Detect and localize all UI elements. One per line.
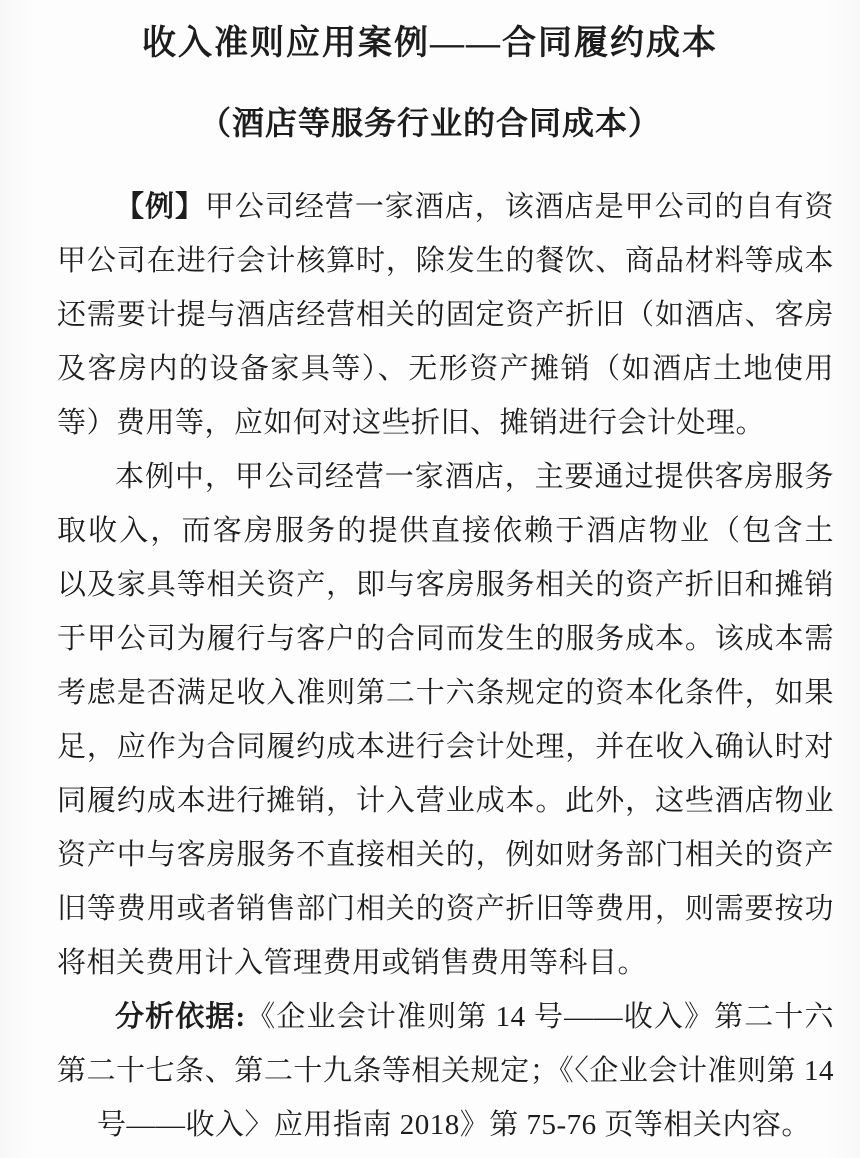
paragraph-lead: 分析依据: (115, 1001, 246, 1033)
text-line: 旧等费用或者销售部门相关的资产折旧等费用，则需要按功能 (57, 882, 834, 936)
text-line: 还需要计提与酒店经营相关的固定资产折旧（如酒店、客房以 (57, 288, 834, 342)
text-line: 资产中与客房服务不直接相关的，例如财务部门相关的资产折 (57, 828, 834, 882)
text-line: 分析依据:《企业会计准则第 14 号——收入》第二十六条、 (57, 990, 834, 1044)
text-line: 将相关费用计入管理费用或销售费用等科目。 (57, 936, 834, 990)
paragraph: 分析依据:《企业会计准则第 14 号——收入》第二十六条、第二十七条、第二十九条… (57, 990, 834, 1152)
text-line: 同履约成本进行摊销，计入营业成本。此外，这些酒店物业等 (57, 774, 834, 828)
text-line: 等）费用等，应如何对这些折旧、摊销进行会计处理。 (57, 396, 834, 450)
paragraph: 【例】甲公司经营一家酒店，该酒店是甲公司的自有资产。甲公司在进行会计核算时，除发… (57, 180, 834, 450)
text-line: 于甲公司为履行与客户的合同而发生的服务成本。该成本需先 (57, 612, 834, 666)
text-line: 足，应作为合同履约成本进行会计处理，并在收入确认时对合 (57, 720, 834, 774)
doc-subtitle: （酒店等服务行业的合同成本） (0, 64, 860, 142)
text-line: 甲公司在进行会计核算时，除发生的餐饮、商品材料等成本外， (57, 234, 834, 288)
document-page: 收入准则应用案例——合同履约成本 （酒店等服务行业的合同成本） 【例】甲公司经营… (0, 0, 860, 1158)
doc-title: 收入准则应用案例——合同履约成本 (0, 0, 860, 64)
text-line: 以及家具等相关资产，即与客房服务相关的资产折旧和摊销属 (57, 558, 834, 612)
text-line: 考虑是否满足收入准则第二十六条规定的资本化条件，如果满 (57, 666, 834, 720)
document-body: 【例】甲公司经营一家酒店，该酒店是甲公司的自有资产。甲公司在进行会计核算时，除发… (57, 180, 834, 1152)
text-line: 及客房内的设备家具等）、无形资产摊销（如酒店土地使用权 (57, 342, 834, 396)
text-line: 取收入，而客房服务的提供直接依赖于酒店物业（包含土地） (57, 504, 834, 558)
text-line: 第二十七条、第二十九条等相关规定；《〈企业会计准则第 14 (57, 1044, 834, 1098)
paragraph: 本例中，甲公司经营一家酒店，主要通过提供客房服务赚取收入，而客房服务的提供直接依… (57, 450, 834, 990)
text-line: 本例中，甲公司经营一家酒店，主要通过提供客房服务赚 (57, 450, 834, 504)
text-line: 号——收入〉应用指南 2018》第 75-76 页等相关内容。 (57, 1098, 834, 1152)
paragraph-lead: 【例】 (115, 191, 205, 223)
text-line: 【例】甲公司经营一家酒店，该酒店是甲公司的自有资产。 (57, 180, 834, 234)
